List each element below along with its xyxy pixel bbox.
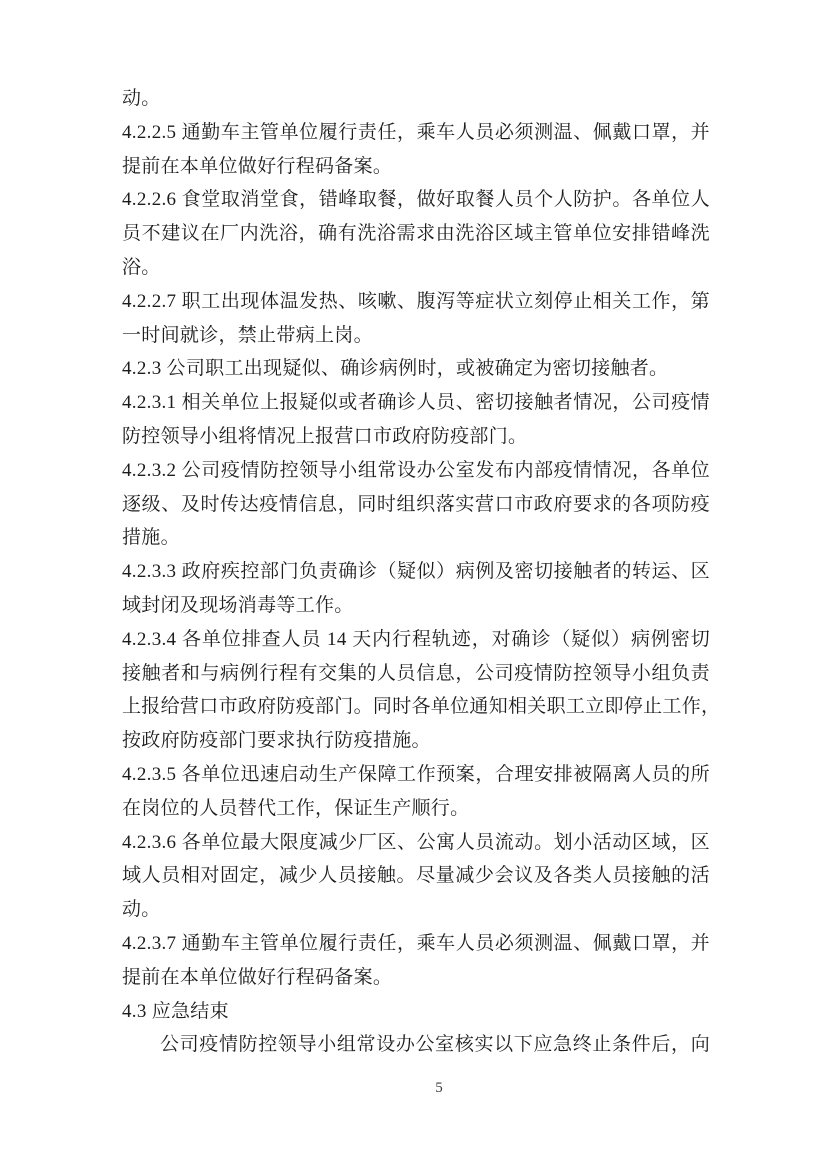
text-line: 4.2.3.1 相关单位上报疑似或者确诊人员、密切接触者情况，公司疫情 [122,386,710,420]
text-line: 动。 [122,893,710,927]
text-line: 4.2.2.6 食堂取消堂食，错峰取餐，做好取餐人员个人防护。各单位人 [122,183,710,217]
text-line: 4.2.3 公司职工出现疑似、确诊病例时，或被确定为密切接触者。 [122,352,710,386]
text-line: 动。 [122,82,710,116]
text-line: 公司疫情防控领导小组常设办公室核实以下应急终止条件后，向 [122,1028,710,1062]
text-line: 4.2.3.6 各单位最大限度减少厂区、公寓人员流动。划小活动区域，区 [122,826,710,860]
text-line: 一时间就诊，禁止带病上岗。 [122,319,710,353]
text-line: 4.2.3.4 各单位排查人员 14 天内行程轨迹，对确诊（疑似）病例密切 [122,623,710,657]
text-line: 上报给营口市政府防疫部门。同时各单位通知相关职工立即停止工作， [122,690,710,724]
text-line: 按政府防疫部门要求执行防疫措施。 [122,724,710,758]
text-line: 提前在本单位做好行程码备案。 [122,150,710,184]
text-line: 逐级、及时传达疫情信息，同时组织落实营口市政府要求的各项防疫 [122,488,710,522]
text-line: 4.2.3.5 各单位迅速启动生产保障工作预案，合理安排被隔离人员的所 [122,758,710,792]
text-line: 4.2.2.5 通勤车主管单位履行责任，乘车人员必须测温、佩戴口罩，并 [122,116,710,150]
text-line: 4.2.3.2 公司疫情防控领导小组常设办公室发布内部疫情情况，各单位 [122,454,710,488]
text-line: 措施。 [122,521,710,555]
text-line: 提前在本单位做好行程码备案。 [122,961,710,995]
text-line: 员不建议在厂内洗浴，确有洗浴需求由洗浴区域主管单位安排错峰洗 [122,217,710,251]
text-line: 域封闭及现场消毒等工作。 [122,589,710,623]
page-number: 5 [0,1080,826,1097]
text-line: 4.2.3.7 通勤车主管单位履行责任，乘车人员必须测温、佩戴口罩，并 [122,927,710,961]
text-line: 浴。 [122,251,710,285]
text-line: 4.2.2.7 职工出现体温发热、咳嗽、腹泻等症状立刻停止相关工作，第 [122,285,710,319]
text-line: 4.2.3.3 政府疾控部门负责确诊（疑似）病例及密切接触者的转运、区 [122,555,710,589]
document-page: 动。4.2.2.5 通勤车主管单位履行责任，乘车人员必须测温、佩戴口罩，并提前在… [0,0,826,1169]
text-line: 防控领导小组将情况上报营口市政府防疫部门。 [122,420,710,454]
section-heading: 4.3 应急结束 [122,995,710,1029]
text-line: 接触者和与病例行程有交集的人员信息，公司疫情防控领导小组负责 [122,657,710,691]
text-line: 域人员相对固定，减少人员接触。尽量减少会议及各类人员接触的活 [122,859,710,893]
document-body: 动。4.2.2.5 通勤车主管单位履行责任，乘车人员必须测温、佩戴口罩，并提前在… [122,82,710,1062]
text-line: 在岗位的人员替代工作，保证生产顺行。 [122,792,710,826]
